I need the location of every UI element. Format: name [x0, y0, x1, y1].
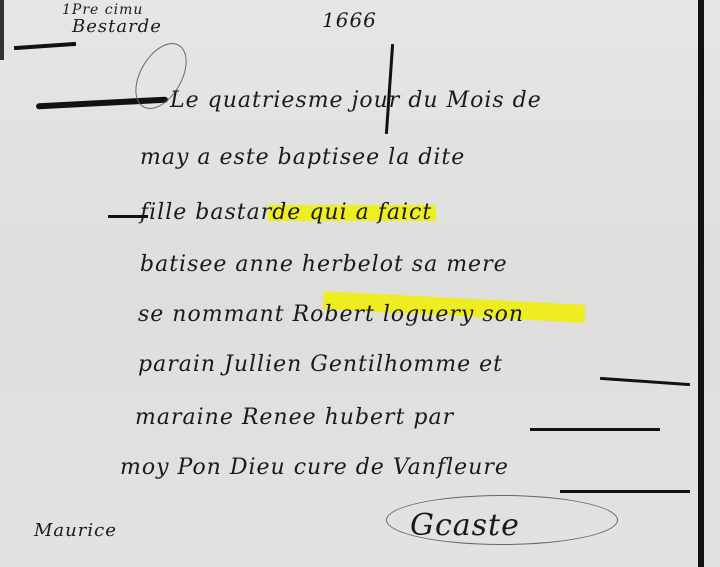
margin-underline [14, 42, 76, 50]
record-line-8: moy Pon Dieu cure de Vanfleure [120, 455, 509, 480]
line7-flourish [530, 428, 660, 431]
margin-note-bottom: Maurice [34, 520, 117, 541]
record-line-4: batisee anne herbelot sa mere [140, 252, 508, 277]
line8-flourish [560, 490, 690, 493]
signature-paraph [386, 495, 618, 545]
margin-note-line2: Bestarde [72, 16, 162, 37]
line3-flourish [108, 215, 148, 218]
page-edge [0, 0, 4, 60]
record-line-5: se nommant Robert loguery son [138, 302, 524, 327]
line6-flourish [600, 377, 690, 386]
record-line-1: Le quatriesme jour du Mois de [170, 88, 542, 113]
record-line-6: parain Jullien Gentilhomme et [138, 352, 503, 377]
record-line-2: may a este baptisee la dite [140, 145, 465, 170]
record-line-3: fille bastarde qui a faict [140, 200, 432, 225]
year: 1666 [322, 8, 377, 32]
register-page: 1Pre cimu Bestarde 1666 Le quatriesme jo… [0, 0, 720, 567]
record-line-7: maraine Renee hubert par [135, 405, 454, 430]
right-margin-rule [698, 0, 704, 567]
